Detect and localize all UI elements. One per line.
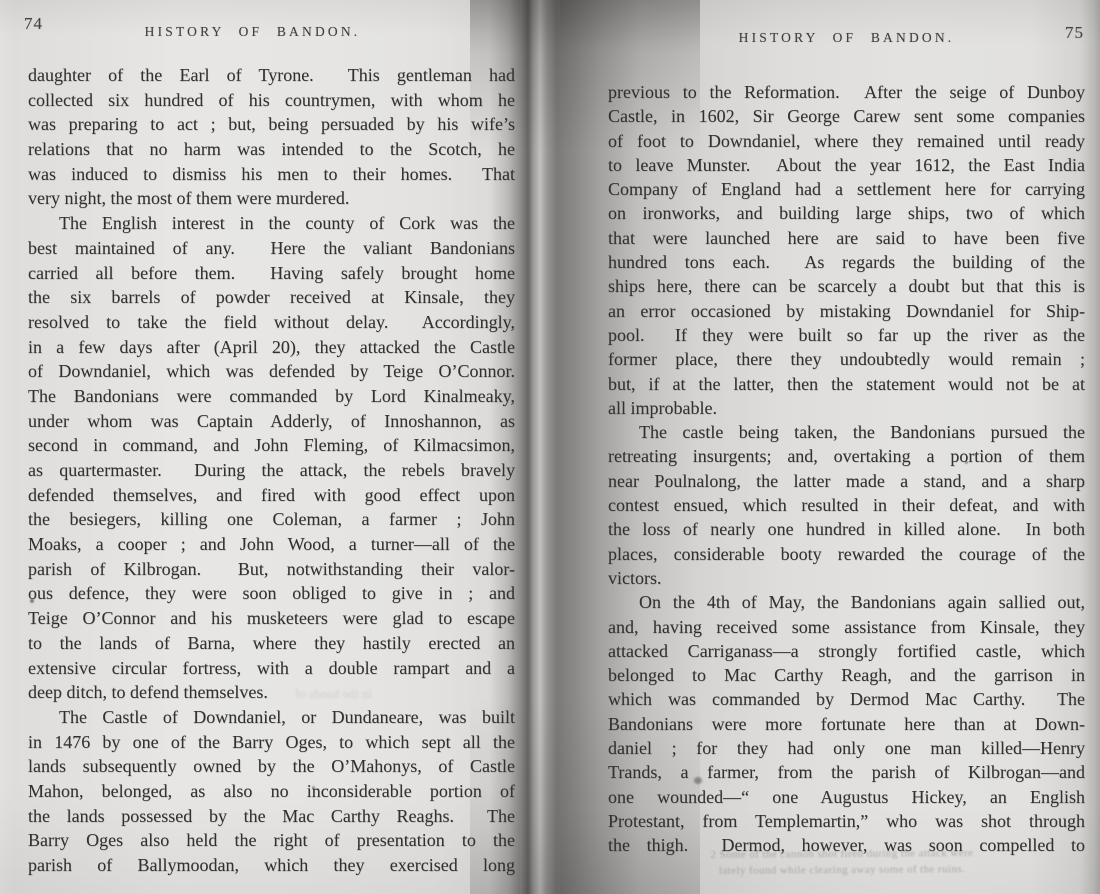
text-line: Company of England had a settlement here… bbox=[608, 177, 1085, 201]
text-line: retreating insurgents; and, overtaking a… bbox=[608, 444, 1085, 468]
text-line: resolved to take the field without delay… bbox=[28, 310, 515, 335]
text-line: near Poulnalong, the latter made a stand… bbox=[608, 469, 1085, 493]
text-line: Bandonians were more fortunate here than… bbox=[608, 712, 1085, 736]
text-line: relations that no harm was intended to t… bbox=[28, 137, 515, 162]
text-line: attacked Carriganass—a strongly fortifie… bbox=[608, 639, 1085, 663]
text-line: the besiegers, killing one Coleman, a fa… bbox=[28, 507, 515, 532]
text-line: Trands, a farmer, from the parish of Kil… bbox=[608, 760, 1085, 784]
text-line: ships here, there can be scarcely a doub… bbox=[608, 274, 1085, 298]
text-line: parish of Kilbrogan. But, notwithstandin… bbox=[28, 557, 515, 582]
text-line: of foot to Downdaniel, where they remain… bbox=[608, 129, 1085, 153]
text-line: that were launched here are said to have… bbox=[608, 226, 1085, 250]
text-line: daughter of the Earl of Tyrone. This gen… bbox=[28, 63, 515, 88]
text-line: the six barrels of powder received at Ki… bbox=[28, 285, 515, 310]
text-line: was preparing to act ; but, being persua… bbox=[28, 112, 515, 137]
book-scan: 74 HISTORY OF BANDON. daughter of the Ea… bbox=[0, 0, 1100, 894]
text-line: carried all before them. Having safely b… bbox=[28, 261, 515, 286]
text-line: to leave Munster. About the year 1612, t… bbox=[608, 153, 1085, 177]
text-line: all improbable. bbox=[608, 396, 1085, 420]
text-line: The castle being taken, the Bandonians p… bbox=[608, 420, 1085, 444]
text-line: as quartermaster. During the attack, the… bbox=[28, 458, 515, 483]
text-line: contest ensued, which resulted in their … bbox=[608, 493, 1085, 517]
text-line: to the lands of Barna, where they hastil… bbox=[28, 631, 515, 656]
text-line: places, considerable booty rewarded the … bbox=[608, 542, 1085, 566]
text-line: Teige O’Connor and his musketeers were g… bbox=[28, 606, 515, 631]
text-line: previous to the Reformation. After the s… bbox=[608, 80, 1085, 104]
text-line: victors. bbox=[608, 566, 1085, 590]
text-line: parish of Ballymoodan, which they exerci… bbox=[28, 853, 515, 878]
running-head-right: HISTORY OF BANDON. bbox=[608, 30, 1085, 46]
text-line: Castle, in 1602, Sir George Carew sent s… bbox=[608, 104, 1085, 128]
text-line: former place, there they undoubtedly wou… bbox=[608, 347, 1085, 371]
text-line: but, if at the latter, then the statemen… bbox=[608, 372, 1085, 396]
text-line: which was commanded by Dermod Mac Carthy… bbox=[608, 687, 1085, 711]
text-line: on ironworks, and building large ships, … bbox=[608, 201, 1085, 225]
text-line: Mahon, belonged, as also no inconsiderab… bbox=[28, 779, 515, 804]
text-line: and, having received some assistance fro… bbox=[608, 615, 1085, 639]
text-line: one wounded—“ one Augustus Hickey, an En… bbox=[608, 785, 1085, 809]
text-line: belonged to Mac Carthy Reagh, and the ga… bbox=[608, 663, 1085, 687]
text-line: second in command, and John Fleming, of … bbox=[28, 433, 515, 458]
running-head-left: HISTORY OF BANDON. bbox=[30, 24, 475, 40]
text-line: ous defence, they were soon obliged to g… bbox=[28, 581, 515, 606]
text-line: in 1476 by one of the Barry Oges, to whi… bbox=[28, 730, 515, 755]
text-line: of Downdaniel, which was defended by Tei… bbox=[28, 359, 515, 384]
text-line: The Castle of Downdaniel, or Dundaneare,… bbox=[28, 705, 515, 730]
show-through-smudge: in the hands of bbox=[295, 686, 520, 702]
text-line: under whom was Captain Adderly, of Innos… bbox=[28, 409, 515, 434]
text-line: in a few days after (April 20), they att… bbox=[28, 335, 515, 360]
text-line: defended themselves, and fired with good… bbox=[28, 483, 515, 508]
text-line: was induced to dismiss his men to their … bbox=[28, 162, 515, 187]
text-line: hundred tons each. As regards the buildi… bbox=[608, 250, 1085, 274]
text-line: pool. If they were built so far up the r… bbox=[608, 323, 1085, 347]
text-line: Protestant, from Templemartin,” who was … bbox=[608, 809, 1085, 833]
text-line: the loss of nearly one hundred in killed… bbox=[608, 517, 1085, 541]
text-line: collected six hundred of his countrymen,… bbox=[28, 88, 515, 113]
left-page-text: daughter of the Earl of Tyrone. This gen… bbox=[28, 63, 515, 878]
text-line: best maintained of any. Here the valiant… bbox=[28, 236, 515, 261]
text-line: an error occasioned by mistaking Downdan… bbox=[608, 299, 1085, 323]
text-line: Barry Oges also held the right of presen… bbox=[28, 828, 515, 853]
text-line: The English interest in the county of Co… bbox=[28, 211, 515, 236]
right-page-text: previous to the Reformation. After the s… bbox=[608, 80, 1085, 858]
text-line: On the 4th of May, the Bandonians again … bbox=[608, 590, 1085, 614]
show-through-text: 2 Some of the cannon shot fired during t… bbox=[642, 845, 1042, 880]
text-line: The Bandonians were commanded by Lord Ki… bbox=[28, 384, 515, 409]
text-line: Moaks, a cooper ; and John Wood, a turne… bbox=[28, 532, 515, 557]
page-number-right: 75 bbox=[1040, 23, 1084, 43]
text-line: extensive circular fortress, with a doub… bbox=[28, 656, 515, 681]
text-line: very night, the most of them were murder… bbox=[28, 186, 515, 211]
text-line: daniel ; for they had only one man kille… bbox=[608, 736, 1085, 760]
text-line: the lands possessed by the Mac Carthy Re… bbox=[28, 804, 515, 829]
show-through-line: lately found while clearing away some of… bbox=[642, 861, 1042, 880]
text-line: lands subsequently owned by the O’Mahony… bbox=[28, 754, 515, 779]
